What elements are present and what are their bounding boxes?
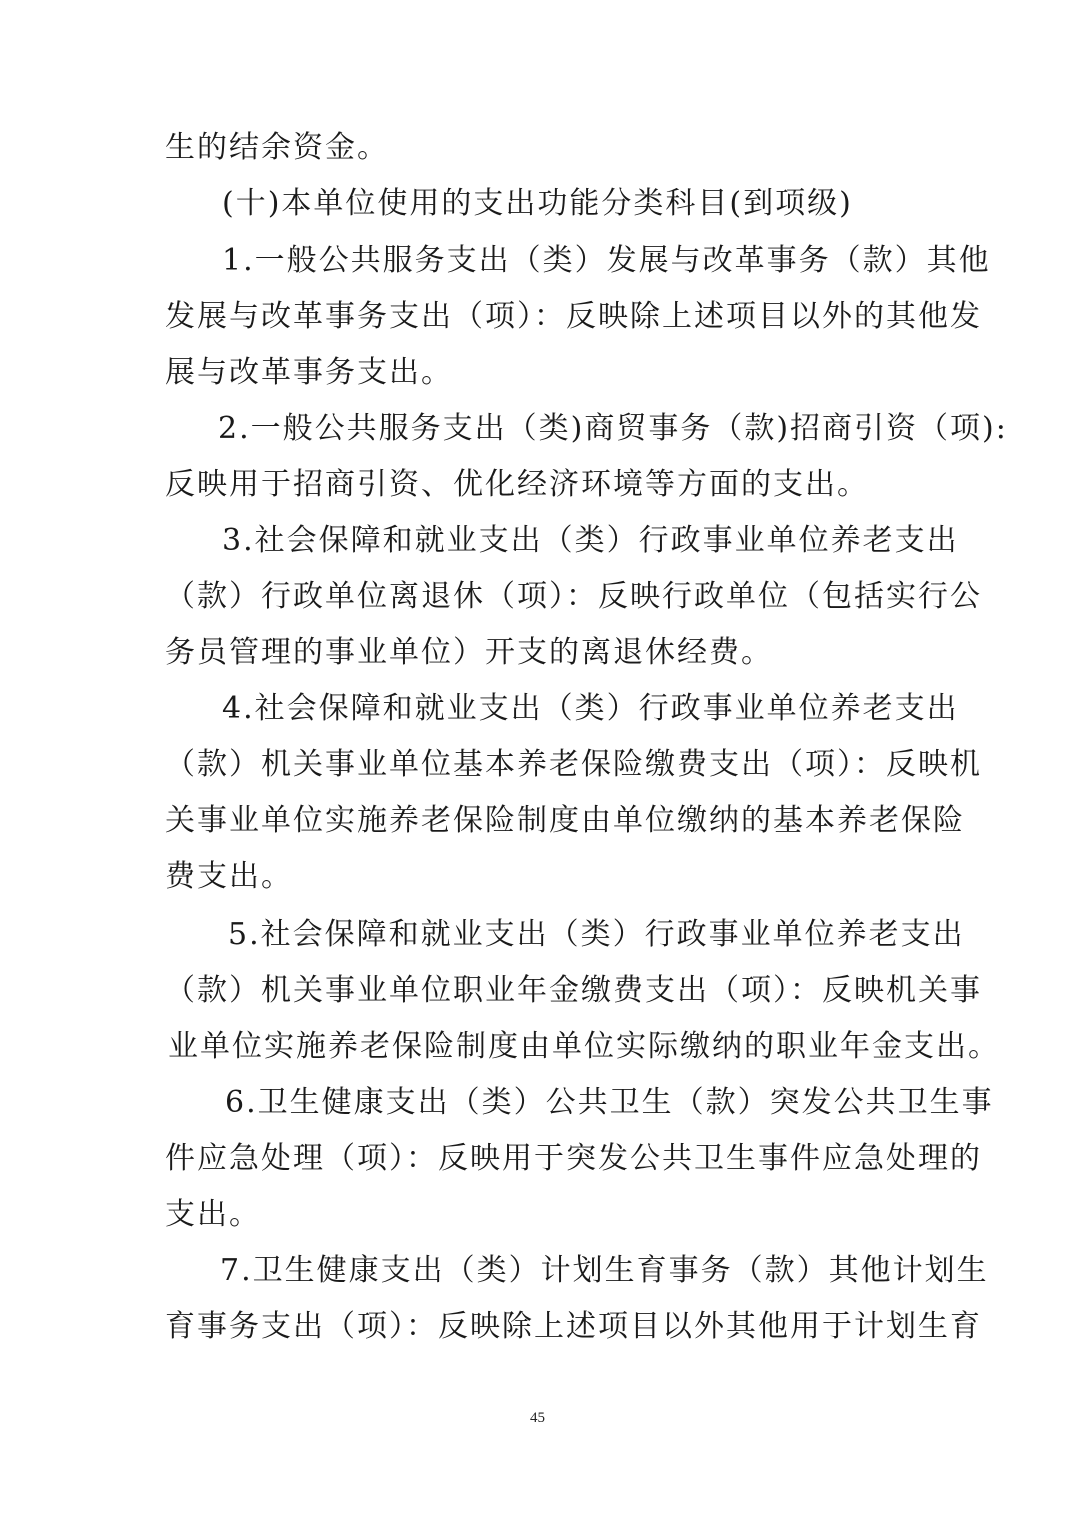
item-5-line-2: （款）机关事业单位职业年金缴费支出（项）：反映机关事 <box>165 971 915 1011</box>
item-7-line-1: 7.卫生健康支出（类）计划生育事务（款）其他计划生 <box>220 1251 970 1291</box>
item-5-line-3: 业单位实施养老保险制度由单位实际缴纳的职业年金支出。 <box>168 1027 918 1067</box>
item-1-line-2: 发展与改革事务支出（项）：反映除上述项目以外的其他发 <box>165 297 915 337</box>
item-4-line-4: 费支出。 <box>165 857 915 897</box>
document-page: 生的结余资金。 (十)本单位使用的支出功能分类科目(到项级) 1.一般公共服务支… <box>0 0 1075 1520</box>
item-1-line-3: 展与改革事务支出。 <box>165 353 915 393</box>
item-2-line-1: 2.一般公共服务支出（类)商贸事务（款)招商引资（项): <box>218 409 968 449</box>
text-line-continuation: 生的结余资金。 <box>165 128 915 168</box>
item-6-line-3: 支出。 <box>165 1195 915 1235</box>
item-3-line-1: 3.社会保障和就业支出（类）行政事业单位养老支出 <box>222 521 972 561</box>
page-number: 45 <box>0 1410 1075 1427</box>
item-3-line-3: 务员管理的事业单位）开支的离退休经费。 <box>165 633 915 673</box>
item-1-line-1: 1.一般公共服务支出（类）发展与改革事务（款）其他 <box>222 241 972 281</box>
item-4-line-1: 4.社会保障和就业支出（类）行政事业单位养老支出 <box>222 689 972 729</box>
item-7-line-2: 育事务支出（项）：反映除上述项目以外其他用于计划生育 <box>165 1307 915 1347</box>
item-3-line-2: （款）行政单位离退休（项）：反映行政单位（包括实行公 <box>165 577 915 617</box>
item-4-line-3: 关事业单位实施养老保险制度由单位缴纳的基本养老保险 <box>165 801 915 841</box>
item-2-line-2: 反映用于招商引资、优化经济环境等方面的支出。 <box>165 465 915 505</box>
item-4-line-2: （款）机关事业单位基本养老保险缴费支出（项）：反映机 <box>165 745 915 785</box>
item-6-line-1: 6.卫生健康支出（类）公共卫生（款）突发公共卫生事 <box>225 1083 975 1123</box>
section-heading: (十)本单位使用的支出功能分类科目(到项级) <box>222 184 972 224</box>
item-5-line-1: 5.社会保障和就业支出（类）行政事业单位养老支出 <box>228 915 978 955</box>
item-6-line-2: 件应急处理（项）：反映用于突发公共卫生事件应急处理的 <box>165 1139 915 1179</box>
